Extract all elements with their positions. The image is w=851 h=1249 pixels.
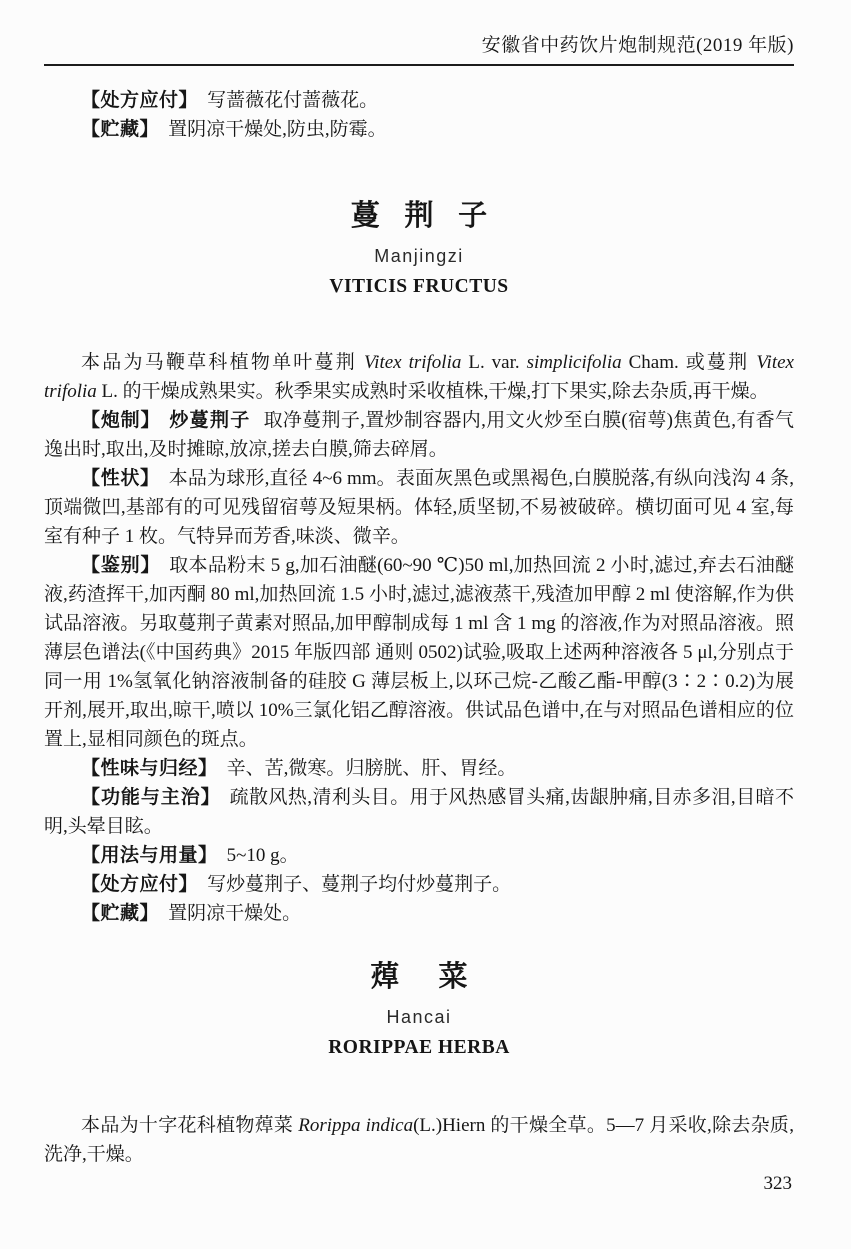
entry-label: 【贮藏】: [81, 903, 159, 924]
entry-paragraph: 【贮藏】置阴凉干燥处。: [44, 899, 794, 928]
entry-paragraph: 【用法与用量】5~10 g。: [44, 841, 794, 870]
entry-text: 辛、苦,微寒。归膀胱、肝、胃经。: [227, 758, 517, 779]
monograph-title-cn: 蔊菜: [44, 961, 794, 994]
monograph-manjingzi: 蔓荆子 Manjingzi VITICIS FRUCTUS 本品为马鞭草科植物单…: [44, 200, 794, 928]
entry-label: 【处方应付】: [81, 90, 198, 111]
book-page: 安徽省中药饮片炮制规范(2019 年版) 【处方应付】写蔷薇花付蔷薇花。 【贮藏…: [0, 0, 851, 1249]
entry-label: 【处方应付】: [81, 874, 198, 895]
monograph-intro: 本品为马鞭草科植物单叶蔓荆 Vitex trifolia L. var. sim…: [44, 348, 794, 406]
monograph-pinyin: Manjingzi: [44, 246, 794, 267]
entry-label: 【炮制】: [81, 410, 160, 431]
entry-paragraph: 【炮制】炒蔓荆子取净蔓荆子,置炒制容器内,用文火炒至白膜(宿萼)焦黄色,有香气逸…: [44, 406, 794, 464]
entry-label: 【功能与主治】: [81, 787, 221, 808]
header-rule: [44, 64, 794, 66]
page-header: 安徽省中药饮片炮制规范(2019 年版): [44, 34, 794, 66]
monograph-pinyin: Hancai: [44, 1007, 794, 1028]
running-header-title: 安徽省中药饮片炮制规范(2019 年版): [44, 34, 794, 58]
entry-label: 【性味与归经】: [81, 758, 218, 779]
monograph-latin-name: VITICIS FRUCTUS: [44, 276, 794, 298]
entry-label: 【用法与用量】: [81, 845, 218, 866]
monograph-hancai: 蔊菜 Hancai RORIPPAE HERBA 本品为十字花科植物蔊菜 Ror…: [44, 961, 794, 1169]
monograph-entries: 【炮制】炒蔓荆子取净蔓荆子,置炒制容器内,用文火炒至白膜(宿萼)焦黄色,有香气逸…: [44, 406, 794, 928]
entry-paragraph: 【处方应付】写蔷薇花付蔷薇花。: [44, 86, 794, 115]
entry-subhead: 炒蔓荆子: [169, 410, 250, 431]
entry-label: 【贮藏】: [81, 119, 159, 140]
monograph-intro: 本品为十字花科植物蔊菜 Rorippa indica(L.)Hiern 的干燥全…: [44, 1111, 794, 1169]
monograph-latin-name: RORIPPAE HERBA: [44, 1037, 794, 1059]
carryover-entries: 【处方应付】写蔷薇花付蔷薇花。 【贮藏】置阴凉干燥处,防虫,防霉。: [44, 86, 794, 144]
entry-paragraph: 【贮藏】置阴凉干燥处,防虫,防霉。: [44, 115, 794, 144]
entry-text: 写炒蔓荆子、蔓荆子均付炒蔓荆子。: [207, 874, 511, 895]
entry-text: 置阴凉干燥处。: [168, 903, 301, 924]
entry-text: 置阴凉干燥处,防虫,防霉。: [168, 119, 387, 140]
entry-text: 5~10 g。: [227, 845, 299, 866]
entry-paragraph: 【性状】本品为球形,直径 4~6 mm。表面灰黑色或黑褐色,白膜脱落,有纵向浅沟…: [44, 464, 794, 551]
monograph-title-cn: 蔓荆子: [44, 200, 794, 233]
entry-paragraph: 【鉴别】取本品粉末 5 g,加石油醚(60~90 ℃)50 ml,加热回流 2 …: [44, 551, 794, 754]
entry-text: 写蔷薇花付蔷薇花。: [207, 90, 378, 111]
entry-label: 【性状】: [81, 468, 160, 489]
entry-paragraph: 【性味与归经】辛、苦,微寒。归膀胱、肝、胃经。: [44, 754, 794, 783]
entry-paragraph: 【功能与主治】疏散风热,清利头目。用于风热感冒头痛,齿龈肿痛,目赤多泪,目暗不明…: [44, 783, 794, 841]
page-number: 323: [44, 1172, 794, 1195]
entry-text: 取本品粉末 5 g,加石油醚(60~90 ℃)50 ml,加热回流 2 小时,滤…: [44, 555, 794, 750]
entry-paragraph: 【处方应付】写炒蔓荆子、蔓荆子均付炒蔓荆子。: [44, 870, 794, 899]
entry-label: 【鉴别】: [81, 555, 160, 576]
